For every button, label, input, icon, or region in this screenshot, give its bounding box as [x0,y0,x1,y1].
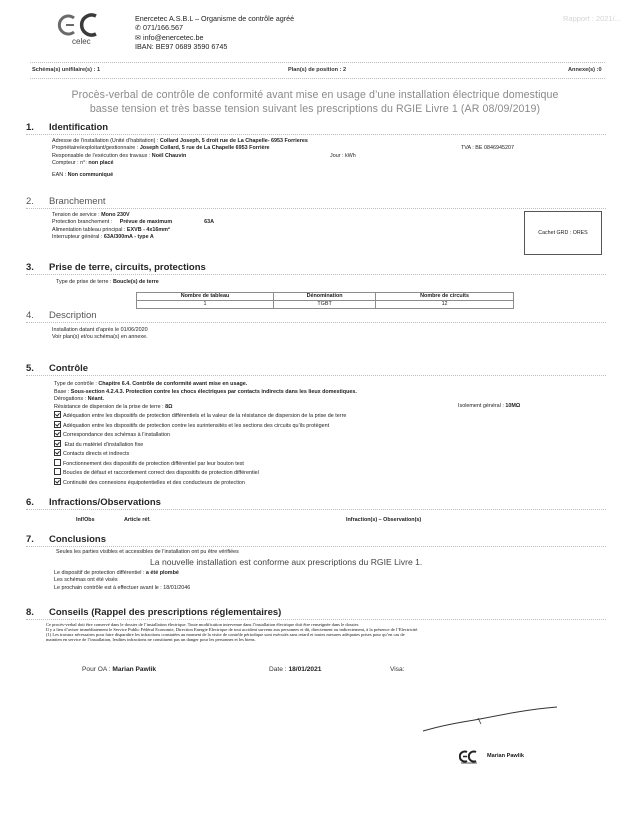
signature-date: Date : 18/01/2021 [269,666,321,673]
circuits-col-header: Dénomination [273,293,375,301]
organisation-header: Enercetec A.S.B.L – Organisme de contrôl… [135,14,294,52]
main-board-feed: Alimentation tableau principal : EXVB - … [52,227,214,234]
checked-box-icon[interactable] [54,449,61,456]
circuits-table: Nombre de tableauDénominationNombre de c… [136,292,514,309]
section-heading-description: 4.Description [26,310,97,321]
col-infraction: Infraction(s) – Observation(s) [346,517,421,523]
table-cell: TGBT [273,301,375,309]
divider [26,134,606,135]
unchecked-box-icon[interactable] [54,459,61,466]
unchecked-box-icon[interactable] [54,468,61,475]
checklist-label: Etat du matériel d’installation fixe [63,442,143,448]
vat-number: TVA : BE 0846945207 [461,145,514,151]
iban-line: IBAN: BE97 0689 3590 6745 [135,42,294,51]
checked-box-icon[interactable] [54,478,61,485]
control-checklist: Adéquation entre les dispositifs de prot… [54,411,357,487]
checklist-item: Continuité des connexions équipotentiell… [54,478,357,488]
checklist-item: Boucles de défaut et raccordement correc… [54,468,357,478]
section-heading-infractions: 6.Infractions/Observations [26,497,161,508]
divider [26,509,606,510]
divider [26,274,606,275]
divider [26,375,606,376]
section-heading-conclusions: 7.Conclusions [26,534,106,545]
description-block: Installation datant d’après le 01/06/202… [52,327,148,342]
checklist-label: Boucles de défaut et raccordement correc… [63,470,259,476]
document-title: Procès-verbal de contrôle de conformité … [0,89,630,116]
section-heading-branchement: 2.Branchement [26,196,106,207]
divider [26,546,606,547]
identification-block: Adresse de l’installation (Unité d’habit… [52,138,308,179]
col-article: Article réf. [124,517,151,523]
divider [30,78,605,79]
stamp-inspector-name: Marian Pawlik [487,753,524,759]
owner: Propriétaire/exploitant/gestionnaire : J… [52,145,308,152]
checklist-label: Adéquation entre les dispositifs de prot… [63,423,329,429]
checked-box-icon[interactable] [54,440,61,447]
email-link[interactable]: info@enercetec.be [143,33,203,42]
table-cell: 1 [137,301,274,309]
conclusion-verdict: La nouvelle installation est conforme au… [150,557,422,567]
grd-stamp-box: Cachet GRD : ORES [524,211,602,255]
checklist-label: Continuité des connexions équipotentiell… [63,480,245,486]
checklist-item: Fonctionnement des dispositifs de protec… [54,459,357,469]
visa-label: Visa: [390,666,405,673]
checklist-label: Fonctionnement des dispositifs de protec… [63,461,244,467]
controle-block: Type de contrôle : Chapitre 6.4. Contrôl… [54,381,357,487]
col-inf-obs: Inf/Obs [76,517,95,523]
handwritten-signature [420,705,560,735]
report-reference: Rapport : 2021/... [563,14,621,23]
checked-box-icon[interactable] [54,430,61,437]
table-row: 1TGBT12 [137,301,514,309]
divider [26,619,606,620]
checklist-item: Correspondance des schémas à l’installat… [54,430,357,440]
email-icon: ✉ [135,33,143,42]
circuits-col-header: Nombre de circuits [376,293,514,301]
signed-for: Pour OA : Marian Pawlik [82,666,156,673]
ean: EAN : Non communiqué [52,172,308,179]
conclusion-details: Le dispositif de protection différentiel… [54,570,190,592]
divider [30,62,605,63]
divider [26,322,606,323]
annex-count: Annexe(s) :0 [568,67,602,73]
section-heading-conseils: 8.Conseils (Rappel des prescriptions rég… [26,607,281,618]
control-type: Type de contrôle : Chapitre 6.4. Contrôl… [54,381,357,389]
checklist-label: Adéquation entre les dispositifs de prot… [63,413,346,419]
insulation-value: Isolement général : 10MΩ [458,403,520,409]
checked-box-icon[interactable] [54,411,61,418]
circuits-col-header: Nombre de tableau [137,293,274,301]
works-responsible: Responsable de l’exécution des travaux :… [52,153,308,160]
day-kwh: Jour : kWh [330,153,356,159]
checklist-label: Correspondance des schémas à l’installat… [63,432,170,438]
phone-line: ✆ 071/166.567 [135,23,294,32]
plan-count: Plan(s) de position : 2 [288,67,346,73]
checklist-label: Contacts directs et indirects [63,451,129,457]
checklist-item: Etat du matériel d’installation fixe [54,440,357,450]
enercetec-logo: celec [52,10,112,46]
connection-protection: Protection branchement : Prévue de maxim… [52,219,214,226]
section-heading-earthing: 3.Prise de terre, circuits, protections [26,262,206,273]
section-heading-identification: 1.Identification [26,122,108,133]
section-heading-controle: 5.Contrôle [26,363,88,374]
legal-notice: Ce procès-verbal doit être conservé dans… [46,622,418,642]
earth-resistance: Résistance de dispersion de la prise de … [54,404,357,412]
service-voltage: Tension de service : Mono 230V [52,212,214,219]
checklist-item: Adéquation entre les dispositifs de prot… [54,421,357,431]
enercetec-stamp-logo-icon [459,750,479,764]
svg-text:celec: celec [72,37,91,46]
checklist-item: Contacts directs et indirects [54,449,357,459]
phone-icon: ✆ [135,23,143,32]
installation-address: Adresse de l’installation (Unité d’habit… [52,138,308,145]
checked-box-icon[interactable] [54,421,61,428]
organisation-name: Enercetec A.S.B.L – Organisme de contrôl… [135,14,294,23]
main-switch: Interrupteur général : 63A/300mA - type … [52,234,214,241]
schema-count: Schéma(s) unifilaire(s) : 1 [32,67,100,73]
divider [26,208,606,209]
control-base: Base : Sous-section 4.2.4.3. Protection … [54,389,357,397]
branchement-block: Tension de service : Mono 230V Protectio… [52,212,214,242]
conclusion-intro: Seules les parties visibles et accessibl… [56,549,239,556]
email-line: ✉ info@enercetec.be [135,33,294,42]
derogations: Dérogations : Néant. [54,396,357,404]
earthing-type: Type de prise de terre : Boucle(s) de te… [56,279,159,286]
table-cell: 12 [376,301,514,309]
checklist-item: Adéquation entre les dispositifs de prot… [54,411,357,421]
meter: Compteur : n°: non placé [52,160,308,167]
